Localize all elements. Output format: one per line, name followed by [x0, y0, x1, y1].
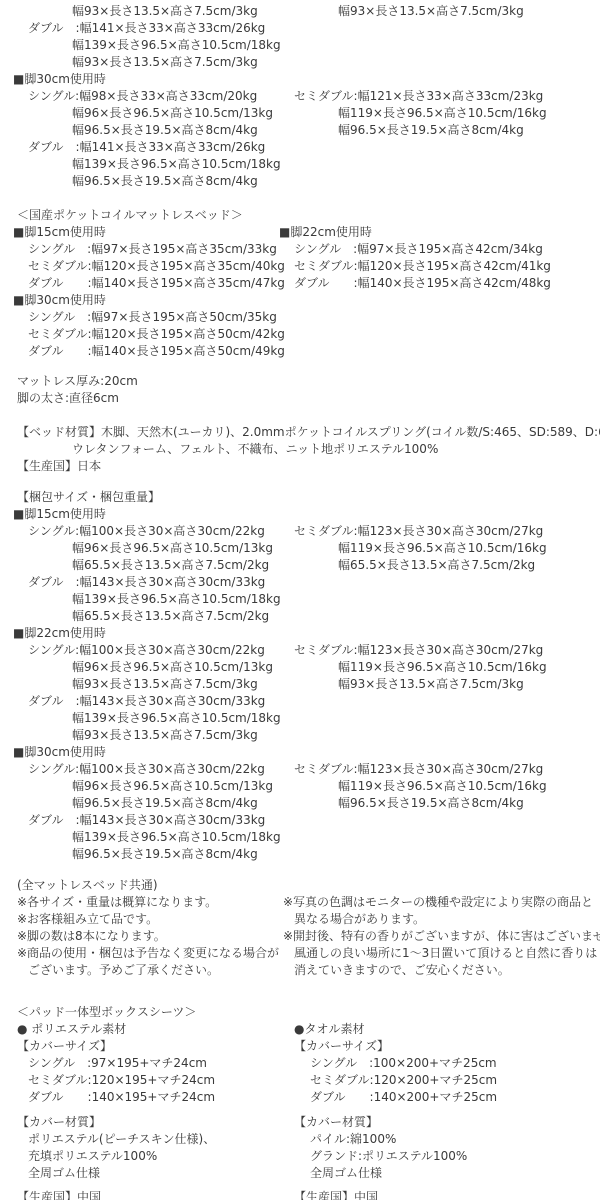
left-column-cell: ■脚15cm使用時	[17, 224, 283, 241]
spec-item-line: 【カバー材質】	[294, 1114, 600, 1131]
left-column-cell: シングル:幅98×長さ33×高さ33cm/20kg	[17, 88, 283, 105]
left-column-cell: ※商品の使用・梱包は予告なく変更になる場合が	[17, 945, 283, 962]
leg-height-subheading: ■脚30cm使用時	[13, 292, 283, 309]
spec-item-line: シングル :100×200+マチ25cm	[310, 1055, 600, 1072]
spec-row: ダブル :140×195+マチ24cmダブル :140×200+マチ25cm	[17, 1089, 600, 1106]
spec-item-line: セミダブル:幅120×長さ195×高さ50cm/42kg	[28, 326, 283, 343]
left-column-cell: 【ベッド材質】木脚、天然木(ユーカリ)、2.0mmポケットコイルスプリング(コイ…	[17, 424, 600, 441]
spec-row: セミダブル:120×195+マチ24cmセミダブル:120×200+マチ25cm	[17, 1072, 600, 1089]
right-column-cell: 異なる場合があります。	[283, 911, 600, 928]
note-continuation-line: 風通しの良い場所に1〜3日置いて頂けると自然に香りは	[294, 945, 600, 962]
left-column-cell: ポリエステル(ピーチスキン仕様)、	[17, 1131, 283, 1148]
spec-row: ダブル :幅143×長さ30×高さ30cm/33kg	[17, 812, 600, 829]
spec-dimension-line: 幅96×長さ96.5×高さ10.5cm/13kg	[72, 540, 283, 557]
right-column-cell: 幅96.5×長さ19.5×高さ8cm/4kg	[283, 795, 600, 812]
spec-dimension-line: 幅139×長さ96.5×高さ10.5cm/18kg	[72, 829, 283, 846]
spec-item-line: ダブル :幅143×長さ30×高さ30cm/33kg	[28, 812, 283, 829]
left-column-cell: 幅139×長さ96.5×高さ10.5cm/18kg	[17, 156, 283, 173]
left-column-cell: ※各サイズ・重量は概算になります。	[17, 894, 283, 911]
spec-row: ※お客様組み立て品です。異なる場合があります。	[17, 911, 600, 928]
left-column-cell: ダブル :幅140×長さ195×高さ35cm/47kg	[17, 275, 283, 292]
right-column-cell: 【カバーサイズ】	[283, 1038, 600, 1055]
left-column-cell: 充填ポリエステル100%	[17, 1148, 283, 1165]
right-column-cell: 風通しの良い場所に1〜3日置いて頂けると自然に香りは	[283, 945, 600, 962]
left-column-cell: シングル:幅100×長さ30×高さ30cm/22kg	[17, 523, 283, 540]
spec-row: 【梱包サイズ・梱包重量】	[17, 489, 600, 506]
left-column-cell: 幅93×長さ13.5×高さ7.5cm/3kg	[17, 727, 283, 744]
spec-item-line: ダブル :幅141×長さ33×高さ33cm/26kg	[28, 20, 283, 37]
spec-row: ＜国産ポケットコイルマットレスベッド＞	[17, 207, 600, 224]
right-column-cell: 全周ゴム仕様	[283, 1165, 600, 1182]
right-column-cell: セミダブル:幅121×長さ33×高さ33cm/23kg	[283, 88, 600, 105]
spec-dimension-line: 幅139×長さ96.5×高さ10.5cm/18kg	[72, 37, 283, 54]
spec-item-line: セミダブル:120×200+マチ25cm	[310, 1072, 600, 1089]
spec-item-line: セミダブル:幅123×長さ30×高さ30cm/27kg	[294, 523, 600, 540]
spec-row: 幅96×長さ96.5×高さ10.5cm/13kg幅119×長さ96.5×高さ10…	[17, 778, 600, 795]
spec-dimension-line: 幅96×長さ96.5×高さ10.5cm/13kg	[72, 659, 283, 676]
right-column-cell: ●タオル素材	[283, 1021, 600, 1038]
left-column-cell: 幅96×長さ96.5×高さ10.5cm/13kg	[17, 540, 283, 557]
spec-dimension-line: 幅93×長さ13.5×高さ7.5cm/3kg	[72, 676, 283, 693]
right-column-cell: 【生産国】中国	[283, 1189, 600, 1200]
spec-row: ダブル :幅140×長さ195×高さ50cm/49kg	[17, 343, 600, 360]
spec-row: ダブル :幅141×長さ33×高さ33cm/26kg	[17, 20, 600, 37]
spec-item-line: ダブル :140×195+マチ24cm	[28, 1089, 283, 1106]
spec-item-line: ダブル :幅140×長さ195×高さ50cm/49kg	[28, 343, 283, 360]
spec-row: 幅93×長さ13.5×高さ7.5cm/3kg幅93×長さ13.5×高さ7.5cm…	[17, 3, 600, 20]
spec-item-line: セミダブル:幅120×長さ195×高さ35cm/40kg	[28, 258, 283, 275]
spec-item-line: グランド:ポリエステル100%	[310, 1148, 600, 1165]
right-column-cell: 【カバー材質】	[283, 1114, 600, 1131]
left-column-cell: 幅93×長さ13.5×高さ7.5cm/3kg	[17, 676, 283, 693]
spec-dimension-line: 幅119×長さ96.5×高さ10.5cm/16kg	[338, 105, 600, 122]
spec-item-line: ダブル :幅141×長さ33×高さ33cm/26kg	[28, 139, 283, 156]
spec-row: 幅93×長さ13.5×高さ7.5cm/3kg幅93×長さ13.5×高さ7.5cm…	[17, 676, 600, 693]
right-column-cell: シングル :幅97×長さ195×高さ42cm/34kg	[283, 241, 600, 258]
left-column-cell: ダブル :幅143×長さ30×高さ30cm/33kg	[17, 693, 283, 710]
leg-height-subheading: ■脚22cm使用時	[13, 625, 283, 642]
right-column-cell: ■脚22cm使用時	[283, 224, 600, 241]
spec-dimension-line: 幅96×長さ96.5×高さ10.5cm/13kg	[72, 778, 283, 795]
spec-item-line: 【生産国】中国	[294, 1189, 600, 1200]
note-line: ※開封後、特有の香りがございますが、体に害はございません。	[283, 928, 600, 945]
left-column-cell: 幅96×長さ96.5×高さ10.5cm/13kg	[17, 778, 283, 795]
left-column-cell: 幅139×長さ96.5×高さ10.5cm/18kg	[17, 710, 283, 727]
section-heading: ＜パッド一体型ボックスシーツ＞	[17, 1004, 196, 1021]
left-column-cell: ダブル :140×195+マチ24cm	[17, 1089, 283, 1106]
left-column-cell: ダブル :幅141×長さ33×高さ33cm/26kg	[17, 139, 283, 156]
section-heading: ＜国産ポケットコイルマットレスベッド＞	[17, 207, 243, 224]
left-column-cell: 幅96.5×長さ19.5×高さ8cm/4kg	[17, 795, 283, 812]
spec-row: ■脚30cm使用時	[17, 744, 600, 761]
spec-dimension-line: 幅139×長さ96.5×高さ10.5cm/18kg	[72, 156, 283, 173]
right-column-cell: 幅93×長さ13.5×高さ7.5cm/3kg	[283, 3, 600, 20]
left-column-cell: 【カバー材質】	[17, 1114, 283, 1131]
spec-item-line: シングル:幅98×長さ33×高さ33cm/20kg	[28, 88, 283, 105]
section-heading: 【カバー材質】	[17, 1114, 283, 1131]
right-column-cell: セミダブル:120×200+マチ25cm	[283, 1072, 600, 1089]
spec-item-line: シングル:幅100×長さ30×高さ30cm/22kg	[28, 523, 283, 540]
spec-row: ございます。予めご了承ください。消えていきますので、ご安心ください。	[17, 962, 600, 979]
spec-dimension-line: 幅93×長さ13.5×高さ7.5cm/3kg	[72, 727, 283, 744]
spec-row: 幅139×長さ96.5×高さ10.5cm/18kg	[17, 710, 600, 727]
spec-row: ＜パッド一体型ボックスシーツ＞	[17, 1004, 600, 1021]
spec-row: 幅96.5×長さ19.5×高さ8cm/4kg幅96.5×長さ19.5×高さ8cm…	[17, 795, 600, 812]
spec-item-line: ダブル :幅143×長さ30×高さ30cm/33kg	[28, 574, 283, 591]
left-column-cell: ※お客様組み立て品です。	[17, 911, 283, 928]
spec-item-line: 全周ゴム仕様	[28, 1165, 283, 1182]
left-column-cell: 幅96.5×長さ19.5×高さ8cm/4kg	[17, 173, 283, 190]
spec-item-line: ●タオル素材	[294, 1021, 600, 1038]
spec-row: 脚の太さ:直径6cm	[17, 390, 600, 407]
spec-dimension-line: 幅93×長さ13.5×高さ7.5cm/3kg	[72, 3, 283, 20]
right-column-cell: 幅119×長さ96.5×高さ10.5cm/16kg	[283, 659, 600, 676]
left-column-cell: 脚の太さ:直径6cm	[17, 390, 283, 407]
spec-row: 幅65.5×長さ13.5×高さ7.5cm/2kg幅65.5×長さ13.5×高さ7…	[17, 557, 600, 574]
spec-row: シングル :97×195+マチ24cmシングル :100×200+マチ25cm	[17, 1055, 600, 1072]
right-column-cell: シングル :100×200+マチ25cm	[283, 1055, 600, 1072]
note-continuation-line: 異なる場合があります。	[294, 911, 600, 928]
spec-item-line: 充填ポリエステル100%	[28, 1148, 283, 1165]
section-heading: 【生産国】中国	[17, 1189, 283, 1200]
left-column-cell: ■脚15cm使用時	[17, 506, 283, 523]
right-column-cell: ダブル :幅140×長さ195×高さ42cm/48kg	[283, 275, 600, 292]
spec-item-line: パイル:綿100%	[310, 1131, 600, 1148]
spec-row: シングル:幅100×長さ30×高さ30cm/22kgセミダブル:幅123×長さ3…	[17, 642, 600, 659]
left-column-cell: ございます。予めご了承ください。	[17, 962, 283, 979]
left-column-cell: 幅96.5×長さ19.5×高さ8cm/4kg	[17, 846, 283, 863]
spec-item-line: シングル :幅97×長さ195×高さ42cm/34kg	[294, 241, 600, 258]
right-column-cell: 消えていきますので、ご安心ください。	[283, 962, 600, 979]
spec-row: シングル:幅100×長さ30×高さ30cm/22kgセミダブル:幅123×長さ3…	[17, 523, 600, 540]
spec-row: 幅93×長さ13.5×高さ7.5cm/3kg	[17, 54, 600, 71]
note-continuation-line: ございます。予めご了承ください。	[28, 962, 283, 979]
leg-height-subheading: ■脚22cm使用時	[279, 224, 600, 241]
spec-row: 幅96.5×長さ19.5×高さ8cm/4kg	[17, 173, 600, 190]
right-column-cell: ※写真の色調はモニターの機種や設定により実際の商品と	[283, 894, 600, 911]
section-heading: 脚の太さ:直径6cm	[17, 390, 283, 407]
left-column-cell: 幅96.5×長さ19.5×高さ8cm/4kg	[17, 122, 283, 139]
left-column-cell: 幅139×長さ96.5×高さ10.5cm/18kg	[17, 829, 283, 846]
spec-item-line: シングル :幅97×長さ195×高さ50cm/35kg	[28, 309, 283, 326]
spec-dimension-line: 幅119×長さ96.5×高さ10.5cm/16kg	[338, 778, 600, 795]
section-heading: (全マットレスベッド共通)	[17, 877, 283, 894]
right-column-cell: 幅93×長さ13.5×高さ7.5cm/3kg	[283, 676, 600, 693]
spec-item-line: ダブル :幅143×長さ30×高さ30cm/33kg	[28, 693, 283, 710]
left-column-cell: ■脚30cm使用時	[17, 292, 283, 309]
left-column-cell: 幅96×長さ96.5×高さ10.5cm/13kg	[17, 105, 283, 122]
left-column-cell: 幅139×長さ96.5×高さ10.5cm/18kg	[17, 37, 283, 54]
spec-row: 幅65.5×長さ13.5×高さ7.5cm/2kg	[17, 608, 600, 625]
spec-row: セミダブル:幅120×長さ195×高さ35cm/40kgセミダブル:幅120×長…	[17, 258, 600, 275]
left-column-cell: ウレタンフォーム、フェルト、不織布、ニット地ポリエステル100%	[17, 441, 438, 458]
spec-row: 【カバーサイズ】【カバーサイズ】	[17, 1038, 600, 1055]
spec-row: シングル:幅100×長さ30×高さ30cm/22kgセミダブル:幅123×長さ3…	[17, 761, 600, 778]
left-column-cell: ■脚30cm使用時	[17, 71, 283, 88]
left-column-cell: ■脚30cm使用時	[17, 744, 283, 761]
spec-row: 幅139×長さ96.5×高さ10.5cm/18kg	[17, 591, 600, 608]
spec-row: (全マットレスベッド共通)	[17, 877, 600, 894]
left-column-cell: シングル :幅97×長さ195×高さ50cm/35kg	[17, 309, 283, 326]
left-column-cell: ダブル :幅143×長さ30×高さ30cm/33kg	[17, 812, 283, 829]
left-column-cell: 全周ゴム仕様	[17, 1165, 283, 1182]
spec-row: 幅96×長さ96.5×高さ10.5cm/13kg幅119×長さ96.5×高さ10…	[17, 105, 600, 122]
spec-row: 幅96×長さ96.5×高さ10.5cm/13kg幅119×長さ96.5×高さ10…	[17, 659, 600, 676]
leg-height-subheading: ■脚15cm使用時	[13, 224, 283, 241]
spec-dimension-line: 幅96.5×長さ19.5×高さ8cm/4kg	[72, 795, 283, 812]
right-column-cell: セミダブル:幅123×長さ30×高さ30cm/27kg	[283, 642, 600, 659]
spec-row: 【生産国】中国【生産国】中国	[17, 1189, 600, 1200]
spec-row: ダブル :幅140×長さ195×高さ35cm/47kgダブル :幅140×長さ1…	[17, 275, 600, 292]
left-column-cell: マットレス厚み:20cm	[17, 373, 283, 390]
left-column-cell: 幅93×長さ13.5×高さ7.5cm/3kg	[17, 54, 283, 71]
spec-item-line: シングル :97×195+マチ24cm	[28, 1055, 283, 1072]
spec-dimension-line: 幅93×長さ13.5×高さ7.5cm/3kg	[338, 3, 600, 20]
right-column-cell: パイル:綿100%	[283, 1131, 600, 1148]
right-column-cell: セミダブル:幅123×長さ30×高さ30cm/27kg	[283, 523, 600, 540]
right-column-cell: 幅65.5×長さ13.5×高さ7.5cm/2kg	[283, 557, 600, 574]
right-column-cell: 幅119×長さ96.5×高さ10.5cm/16kg	[283, 778, 600, 795]
left-column-cell: ● ポリエステル素材	[17, 1021, 283, 1038]
left-column-cell: 幅139×長さ96.5×高さ10.5cm/18kg	[17, 591, 283, 608]
spec-row: ※各サイズ・重量は概算になります。※写真の色調はモニターの機種や設定により実際の…	[17, 894, 600, 911]
spec-item-line: ポリエステル(ピーチスキン仕様)、	[28, 1131, 283, 1148]
left-column-cell: 幅65.5×長さ13.5×高さ7.5cm/2kg	[17, 608, 283, 625]
spec-row: ※商品の使用・梱包は予告なく変更になる場合が風通しの良い場所に1〜3日置いて頂け…	[17, 945, 600, 962]
left-column-cell: 幅96×長さ96.5×高さ10.5cm/13kg	[17, 659, 283, 676]
spec-dimension-line: 幅96.5×長さ19.5×高さ8cm/4kg	[72, 846, 283, 863]
left-column-cell: シングル :幅97×長さ195×高さ35cm/33kg	[17, 241, 283, 258]
spec-row: ポリエステル(ピーチスキン仕様)、パイル:綿100%	[17, 1131, 600, 1148]
left-column-cell: ＜パッド一体型ボックスシーツ＞	[17, 1004, 196, 1021]
spec-item-line: ダブル :幅140×長さ195×高さ42cm/48kg	[294, 275, 600, 292]
left-column-cell: シングル :97×195+マチ24cm	[17, 1055, 283, 1072]
spec-item-line: セミダブル:幅123×長さ30×高さ30cm/27kg	[294, 761, 600, 778]
spec-row: ※脚の数は8本になります。※開封後、特有の香りがございますが、体に害はございませ…	[17, 928, 600, 945]
left-column-cell: ダブル :幅141×長さ33×高さ33cm/26kg	[17, 20, 283, 37]
spec-dimension-line: 幅96.5×長さ19.5×高さ8cm/4kg	[338, 122, 600, 139]
right-column-cell: ダブル :140×200+マチ25cm	[283, 1089, 600, 1106]
spec-row: 充填ポリエステル100%グランド:ポリエステル100%	[17, 1148, 600, 1165]
spec-row: ダブル :幅143×長さ30×高さ30cm/33kg	[17, 693, 600, 710]
spec-row: マットレス厚み:20cm	[17, 373, 600, 390]
spec-row: セミダブル:幅120×長さ195×高さ50cm/42kg	[17, 326, 600, 343]
spec-item-line: ダブル :140×200+マチ25cm	[310, 1089, 600, 1106]
left-column-cell: シングル:幅100×長さ30×高さ30cm/22kg	[17, 761, 283, 778]
spec-row: 幅96.5×長さ19.5×高さ8cm/4kg幅96.5×長さ19.5×高さ8cm…	[17, 122, 600, 139]
spec-row: ■脚15cm使用時	[17, 506, 600, 523]
spec-row: シングル :幅97×長さ195×高さ35cm/33kgシングル :幅97×長さ1…	[17, 241, 600, 258]
spec-row: 全周ゴム仕様全周ゴム仕様	[17, 1165, 600, 1182]
leg-height-subheading: ■脚30cm使用時	[13, 71, 283, 88]
right-column-cell: グランド:ポリエステル100%	[283, 1148, 600, 1165]
note-line: ※脚の数は8本になります。	[17, 928, 283, 945]
spec-item-line: セミダブル:幅120×長さ195×高さ42cm/41kg	[294, 258, 600, 275]
spec-row: ■脚22cm使用時	[17, 625, 600, 642]
left-column-cell: ■脚22cm使用時	[17, 625, 283, 642]
left-column-cell: シングル:幅100×長さ30×高さ30cm/22kg	[17, 642, 283, 659]
spec-dimension-line: 幅93×長さ13.5×高さ7.5cm/3kg	[72, 54, 283, 71]
right-column-cell: セミダブル:幅120×長さ195×高さ42cm/41kg	[283, 258, 600, 275]
left-column-cell: セミダブル:120×195+マチ24cm	[17, 1072, 283, 1089]
spec-row: 幅139×長さ96.5×高さ10.5cm/18kg	[17, 829, 600, 846]
leg-height-subheading: ■脚30cm使用時	[13, 744, 283, 761]
spec-row: 幅96.5×長さ19.5×高さ8cm/4kg	[17, 846, 600, 863]
spec-dimension-line: 幅139×長さ96.5×高さ10.5cm/18kg	[72, 710, 283, 727]
section-heading: 【カバーサイズ】	[17, 1038, 283, 1055]
spec-dimension-line: 幅65.5×長さ13.5×高さ7.5cm/2kg	[72, 608, 283, 625]
spec-item-line: シングル :幅97×長さ195×高さ35cm/33kg	[28, 241, 283, 258]
section-heading: 【生産国】日本	[17, 458, 283, 475]
spec-row: ■脚30cm使用時	[17, 71, 600, 88]
spec-item-line: 【カバーサイズ】	[294, 1038, 600, 1055]
leg-height-subheading: ■脚15cm使用時	[13, 506, 283, 523]
spec-item-line: 全周ゴム仕様	[310, 1165, 600, 1182]
spec-dimension-line: ウレタンフォーム、フェルト、不織布、ニット地ポリエステル100%	[72, 441, 438, 458]
left-column-cell: ※脚の数は8本になります。	[17, 928, 283, 945]
spec-row: 【生産国】日本	[17, 458, 600, 475]
spec-dimension-line: 幅96.5×長さ19.5×高さ8cm/4kg	[338, 795, 600, 812]
right-column-cell: 幅119×長さ96.5×高さ10.5cm/16kg	[283, 540, 600, 557]
note-line: ※商品の使用・梱包は予告なく変更になる場合が	[17, 945, 283, 962]
spec-item-line: セミダブル:120×195+マチ24cm	[28, 1072, 283, 1089]
spec-item-line: シングル:幅100×長さ30×高さ30cm/22kg	[28, 642, 283, 659]
spec-sheet: 幅93×長さ13.5×高さ7.5cm/3kg幅93×長さ13.5×高さ7.5cm…	[0, 0, 600, 1200]
note-line: ※お客様組み立て品です。	[17, 911, 283, 928]
section-heading: ● ポリエステル素材	[17, 1021, 283, 1038]
section-heading: 【ベッド材質】木脚、天然木(ユーカリ)、2.0mmポケットコイルスプリング(コイ…	[17, 424, 600, 441]
spec-row: ● ポリエステル素材●タオル素材	[17, 1021, 600, 1038]
left-column-cell: 【カバーサイズ】	[17, 1038, 283, 1055]
section-heading: 【梱包サイズ・梱包重量】	[17, 489, 283, 506]
left-column-cell: セミダブル:幅120×長さ195×高さ35cm/40kg	[17, 258, 283, 275]
spec-dimension-line: 幅139×長さ96.5×高さ10.5cm/18kg	[72, 591, 283, 608]
left-column-cell: 幅93×長さ13.5×高さ7.5cm/3kg	[17, 3, 283, 20]
left-column-cell: ＜国産ポケットコイルマットレスベッド＞	[17, 207, 243, 224]
section-heading: マットレス厚み:20cm	[17, 373, 283, 390]
left-column-cell: ダブル :幅140×長さ195×高さ50cm/49kg	[17, 343, 283, 360]
spec-dimension-line: 幅65.5×長さ13.5×高さ7.5cm/2kg	[338, 557, 600, 574]
left-column-cell: 【生産国】日本	[17, 458, 283, 475]
left-column-cell: ダブル :幅143×長さ30×高さ30cm/33kg	[17, 574, 283, 591]
spec-row: 幅96×長さ96.5×高さ10.5cm/13kg幅119×長さ96.5×高さ10…	[17, 540, 600, 557]
right-column-cell: ※開封後、特有の香りがございますが、体に害はございません。	[283, 928, 600, 945]
right-column-cell: 幅119×長さ96.5×高さ10.5cm/16kg	[283, 105, 600, 122]
spec-item-line: ダブル :幅140×長さ195×高さ35cm/47kg	[28, 275, 283, 292]
spec-dimension-line: 幅93×長さ13.5×高さ7.5cm/3kg	[338, 676, 600, 693]
spec-row: シングル :幅97×長さ195×高さ50cm/35kg	[17, 309, 600, 326]
spec-row: 幅139×長さ96.5×高さ10.5cm/18kg	[17, 156, 600, 173]
spec-row: ■脚30cm使用時	[17, 292, 600, 309]
spec-dimension-line: 幅119×長さ96.5×高さ10.5cm/16kg	[338, 659, 600, 676]
spec-row: ■脚15cm使用時■脚22cm使用時	[17, 224, 600, 241]
note-line: ※写真の色調はモニターの機種や設定により実際の商品と	[283, 894, 600, 911]
left-column-cell: 【生産国】中国	[17, 1189, 283, 1200]
spec-dimension-line: 幅119×長さ96.5×高さ10.5cm/16kg	[338, 540, 600, 557]
note-continuation-line: 消えていきますので、ご安心ください。	[294, 962, 600, 979]
spec-row: ウレタンフォーム、フェルト、不織布、ニット地ポリエステル100%	[17, 441, 600, 458]
left-column-cell: 【梱包サイズ・梱包重量】	[17, 489, 283, 506]
spec-dimension-line: 幅96.5×長さ19.5×高さ8cm/4kg	[72, 122, 283, 139]
left-column-cell: セミダブル:幅120×長さ195×高さ50cm/42kg	[17, 326, 283, 343]
spec-row: シングル:幅98×長さ33×高さ33cm/20kgセミダブル:幅121×長さ33…	[17, 88, 600, 105]
left-column-cell: (全マットレスベッド共通)	[17, 877, 283, 894]
spec-item-line: セミダブル:幅121×長さ33×高さ33cm/23kg	[294, 88, 600, 105]
spec-row: ダブル :幅143×長さ30×高さ30cm/33kg	[17, 574, 600, 591]
right-column-cell: セミダブル:幅123×長さ30×高さ30cm/27kg	[283, 761, 600, 778]
spec-dimension-line: 幅65.5×長さ13.5×高さ7.5cm/2kg	[72, 557, 283, 574]
spec-row: 【カバー材質】【カバー材質】	[17, 1114, 600, 1131]
spec-item-line: シングル:幅100×長さ30×高さ30cm/22kg	[28, 761, 283, 778]
spec-row: 幅93×長さ13.5×高さ7.5cm/3kg	[17, 727, 600, 744]
left-column-cell: 幅65.5×長さ13.5×高さ7.5cm/2kg	[17, 557, 283, 574]
spec-item-line: セミダブル:幅123×長さ30×高さ30cm/27kg	[294, 642, 600, 659]
spec-row: 幅139×長さ96.5×高さ10.5cm/18kg	[17, 37, 600, 54]
spec-row: 【ベッド材質】木脚、天然木(ユーカリ)、2.0mmポケットコイルスプリング(コイ…	[17, 424, 600, 441]
spec-dimension-line: 幅96.5×長さ19.5×高さ8cm/4kg	[72, 173, 283, 190]
right-column-cell: 幅96.5×長さ19.5×高さ8cm/4kg	[283, 122, 600, 139]
spec-row: ダブル :幅141×長さ33×高さ33cm/26kg	[17, 139, 600, 156]
spec-dimension-line: 幅96×長さ96.5×高さ10.5cm/13kg	[72, 105, 283, 122]
note-line: ※各サイズ・重量は概算になります。	[17, 894, 283, 911]
